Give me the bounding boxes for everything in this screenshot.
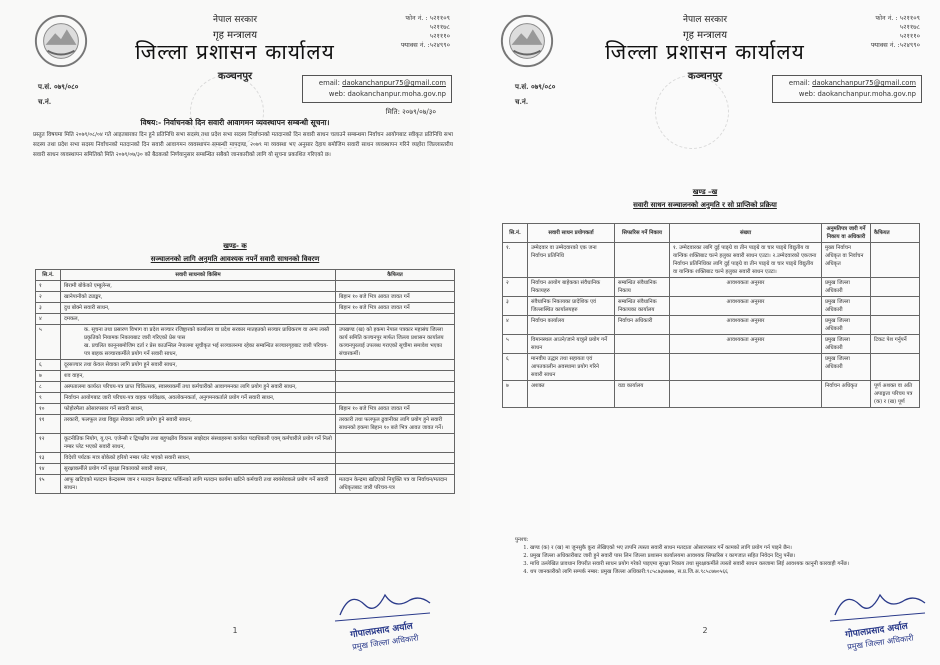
government-name: नेपाल सरकार [0, 12, 470, 25]
table-row: ५क. सूचना तथा प्रसारण विभाग वा प्रदेश सञ… [36, 325, 455, 360]
serial-number-cell: १४ [36, 464, 61, 475]
office-stamp-icon [655, 75, 729, 149]
vehicle-type-cell: विदेशी पर्यटक मात्र बोकेको हरियो नम्बर प… [61, 453, 336, 464]
table-row: १४सुरक्षाकर्मीले प्रयोग गर्ने सुरक्षा नि… [36, 464, 455, 475]
recommending-body-cell [615, 354, 670, 381]
table-row: १५आफू खटिएको मतदान केन्द्रसम्म जान र मतद… [36, 475, 455, 494]
section-b-label: खण्ड –ख [470, 187, 940, 197]
vehicle-type-cell: सुरक्षाकर्मीले प्रयोग गर्ने सुरक्षा निका… [61, 464, 336, 475]
serial-number-cell: ४ [503, 316, 528, 335]
remarks-cell [336, 360, 455, 371]
phone-number: ५२१११० [871, 32, 920, 41]
vehicle-type-cell: कूटनीतिक नियोग, यू.एन. एजेन्सी र द्विपक्… [61, 434, 336, 453]
remarks-cell: उपखण्ड (ख) को हकमा नेपाल पत्रकार महासंघ … [336, 325, 455, 360]
vehicle-type-cell: आफू खटिएको मतदान केन्द्रसम्म जान र मतदान… [61, 475, 336, 494]
serial-number-cell: २ [503, 278, 528, 297]
contact-box: email: daokanchanpur75@gmail.com web: da… [772, 75, 922, 103]
serial-number-cell: ५ [503, 335, 528, 354]
fax-label: फ्याक्स नं. : [401, 41, 430, 49]
vehicle-type-cell: खानेपानीको ट्याङ्कर, [61, 292, 336, 303]
vehicle-type-cell: फोहोरमैला ओसारपसार गर्ने सवारी साधन, [61, 404, 336, 415]
email-label: email: [319, 79, 340, 87]
table-row: १बिरामी बोकेको एम्बुलेन्स, [36, 281, 455, 292]
remarks-cell: तरकारी तथा फलफूल ढुवानीका लागि प्रयोग हु… [336, 415, 455, 434]
count-cell: आवश्यकता अनुसार [670, 335, 822, 354]
recommending-body-cell: सम्बन्धित संवैधानिक निकायका कार्यालय [615, 297, 670, 316]
reference-number: प.सं. ०७९/०८० [515, 82, 555, 92]
count-cell: आवश्यकता अनुसार [670, 297, 822, 316]
remarks-cell: पूर्ण अशक्त वा अति अपाङ्गता परिचय पत्र (… [871, 381, 920, 408]
fax-number: ५२४९९० [430, 41, 450, 49]
notice-date: मिति: २०७९/०७/३० [386, 108, 436, 117]
remarks-cell [336, 382, 455, 393]
remarks-cell: बिहान १० बजे भित्र आवत जावत गर्ने [336, 404, 455, 415]
vehicle-user-cell: अशक्त [528, 381, 615, 408]
vehicle-type-cell: शव वाहन, [61, 371, 336, 382]
vehicle-type-cell: दमकल, [61, 314, 336, 325]
table-row: ११तरकारी, फलफूल तथा विद्युत सेवाका लागि … [36, 415, 455, 434]
count-cell: आवश्यकता अनुसार [670, 316, 822, 335]
recommending-body-cell: सम्बन्धित संवैधानिक निकाय [615, 278, 670, 297]
column-header: अनुमतिपत्र जारी गर्ने निकाय वा अधिकारी [822, 224, 871, 243]
notice-paragraph: प्रस्तुत विषयमा मिति २०७९/०८/०४ गते आइतब… [33, 130, 453, 161]
column-header: सवारी साधनको किसिम [61, 270, 336, 281]
phone-number: ५२११७८ [401, 23, 450, 32]
serial-number-cell: ८ [36, 382, 61, 393]
vehicle-user-cell: निर्वाचन कार्यालय [528, 316, 615, 335]
vehicle-permit-process-table: सि.नं. सवारी साधन प्रयोगकर्ता सिफारिस गर… [502, 223, 920, 408]
column-header: सिफारिस गर्ने निकाय [615, 224, 670, 243]
remarks-cell [336, 393, 455, 404]
table-row: १.उम्मेदवार वा उम्मेदवारको एक जना निर्वा… [503, 243, 920, 278]
phone-number: ५२११७८ [871, 23, 920, 32]
government-name: नेपाल सरकार [470, 12, 940, 25]
remarks-cell [336, 281, 455, 292]
column-header: सि.नं. [36, 270, 61, 281]
reference-number: प.सं. ०७९/०८० [38, 82, 78, 92]
note-item: खण्ड (क) र (ख) मा जुनसुकै कुरा लेखिएको भ… [530, 544, 915, 552]
vehicle-user-cell: संवैधानिक निकायका प्रादेशिक एवं जिल्लास्… [528, 297, 615, 316]
table-row: ७शव वाहन, [36, 371, 455, 382]
remarks-cell: टिकट पेश गर्नुपर्ने [871, 335, 920, 354]
remarks-cell [871, 278, 920, 297]
vehicle-type-cell: बिरामी बोकेको एम्बुलेन्स, [61, 281, 336, 292]
vehicle-type-cell: तरकारी, फलफूल तथा विद्युत सेवाका लागि प्… [61, 415, 336, 434]
serial-number-cell: ७ [36, 371, 61, 382]
column-header: संख्या [670, 224, 822, 243]
serial-number-cell: १ [36, 281, 61, 292]
signature-block: गोपालप्रसाद अर्याल प्रमुख जिल्ला अधिकारी [330, 585, 450, 655]
postscript-notes: पुनश्च: खण्ड (क) र (ख) मा जुनसुकै कुरा ल… [515, 536, 915, 576]
column-header: सवारी साधन प्रयोगकर्ता [528, 224, 615, 243]
vehicle-user-cell: विमानस्थल आउने/जाने यात्रुले प्रयोग गर्न… [528, 335, 615, 354]
table-row: ७अशक्तवडा कार्यालयनिर्वाचन अधिकृतपूर्ण अ… [503, 381, 920, 408]
count-cell: १. उम्मेदवारका लागि दुई पाङ्ग्रे वा तीन … [670, 243, 822, 278]
vehicle-user-cell: निर्वाचन आयोग बाहेकका संवैधानिक निकायहरु [528, 278, 615, 297]
signature-block: गोपालप्रसाद अर्याल प्रमुख जिल्ला अधिकारी [825, 585, 940, 655]
phone-label: फोन नं. : [405, 14, 427, 22]
serial-number-cell: १० [36, 404, 61, 415]
table-row: ९निर्वाचन आयोगबाट जारी परिचय-पत्र वाहक प… [36, 393, 455, 404]
office-name: जिल्ला प्रशासन कार्यालय [470, 38, 940, 66]
table-row: ४निर्वाचन कार्यालयनिर्वाचन अधिकारीआवश्यक… [503, 316, 920, 335]
table-row: ४दमकल, [36, 314, 455, 325]
remarks-cell [336, 314, 455, 325]
serial-number-cell: ६ [503, 354, 528, 381]
office-name: जिल्ला प्रशासन कार्यालय [0, 38, 470, 66]
section-b-title: सवारी साधन सञ्चालनको अनुमति र सो प्राप्त… [470, 200, 940, 210]
count-cell [670, 354, 822, 381]
permit-issuer-cell: प्रमुख जिल्ला अधिकारी [822, 297, 871, 316]
remarks-cell [871, 316, 920, 335]
column-header: कैफियत [336, 270, 455, 281]
vehicle-type-sub-item: ख. प्रचलित कानूनबमोजिम दर्ता र प्रेस काउ… [64, 342, 332, 358]
remarks-cell [871, 354, 920, 381]
table-row: ३दुध बोक्ने सवारी साधन,बिहान १० बजे भित्… [36, 303, 455, 314]
recommending-body-cell: वडा कार्यालय [615, 381, 670, 408]
table-row: १३विदेशी पर्यटक मात्र बोकेको हरियो नम्बर… [36, 453, 455, 464]
recommending-body-cell [615, 335, 670, 354]
table-row: २खानेपानीको ट्याङ्कर,बिहान १० बजे भित्र … [36, 292, 455, 303]
fax-number: ५२४९९० [900, 41, 920, 49]
serial-number-cell: ११ [36, 415, 61, 434]
dispatch-number: च.नं. [38, 97, 51, 107]
email-label: email: [789, 79, 810, 87]
vehicle-user-cell: उम्मेदवार वा उम्मेदवारको एक जना निर्वाचन… [528, 243, 615, 278]
remarks-cell [871, 243, 920, 278]
permit-issuer-cell: प्रमुख जिल्ला अधिकारी [822, 335, 871, 354]
web-link[interactable]: daokanchanpur.moha.gov.np [817, 90, 916, 98]
signature-icon [330, 585, 440, 625]
table-row: ५विमानस्थल आउने/जाने यात्रुले प्रयोग गर्… [503, 335, 920, 354]
permit-issuer-cell: मुख्य निर्वाचन अधिकृत वा निर्वाचन अधिकृत [822, 243, 871, 278]
phone-label: फोन नं. : [875, 14, 897, 22]
serial-number-cell: ५ [36, 325, 61, 360]
serial-number-cell: ३ [36, 303, 61, 314]
signature-icon [825, 585, 935, 625]
serial-number-cell: ४ [36, 314, 61, 325]
serial-number-cell: १५ [36, 475, 61, 494]
phone-number: ५२११०९ [900, 14, 920, 22]
remarks-cell [336, 453, 455, 464]
notice-subject: विषय:- निर्वाचनको दिन सवारी आवागमन व्यवस… [0, 118, 470, 128]
remarks-cell [871, 297, 920, 316]
remarks-cell [336, 434, 455, 453]
permit-issuer-cell: प्रमुख जिल्ला अधिकारी [822, 278, 871, 297]
recommending-body-cell [615, 243, 670, 278]
dispatch-number: च.नं. [515, 97, 528, 107]
phone-number: ५२११०९ [430, 14, 450, 22]
serial-number-cell: ३ [503, 297, 528, 316]
vehicle-type-cell: दूरसञ्चार तथा केवल सेवाका लागि प्रयोग हु… [61, 360, 336, 371]
table-row: ६मानवीय उद्धार तथा सहायता एवं आपतकालीन अ… [503, 354, 920, 381]
vehicle-type-cell: क. सूचना तथा प्रसारण विभाग वा प्रदेश सञ्… [61, 325, 336, 360]
table-row: ८अस्पतालमा कार्यरत परिचय-पत्र प्राप्त चि… [36, 382, 455, 393]
remarks-cell: बिहान १० बजे भित्र आवत जावत गर्ने [336, 292, 455, 303]
document-page-1: नेपाल सरकार गृह मन्त्रालय जिल्ला प्रशासन… [0, 0, 470, 665]
web-link[interactable]: daokanchanpur.moha.gov.np [347, 90, 446, 98]
fax-label: फ्याक्स नं. : [871, 41, 900, 49]
count-cell [670, 381, 822, 408]
serial-number-cell: ७ [503, 381, 528, 408]
table-row: ६दूरसञ्चार तथा केवल सेवाका लागि प्रयोग ह… [36, 360, 455, 371]
phone-block: फोन नं. : ५२११०९ ५२११७८ ५२१११० फ्याक्स न… [401, 14, 450, 50]
vehicles-without-permit-table: सि.नं. सवारी साधनको किसिम कैफियत १बिरामी… [35, 269, 455, 494]
vehicle-user-cell: मानवीय उद्धार तथा सहायता एवं आपतकालीन अव… [528, 354, 615, 381]
phone-number: ५२१११० [401, 32, 450, 41]
web-label: web: [329, 90, 345, 98]
remarks-cell: मतदान केन्द्रमा खटिएको नियुक्ति पत्र वा … [336, 475, 455, 494]
serial-number-cell: २ [36, 292, 61, 303]
serial-number-cell: ९ [36, 393, 61, 404]
remarks-cell [336, 371, 455, 382]
note-item: प्रमुख जिल्ला अधिकारीबाट जारी हुने सवारी… [530, 552, 915, 560]
remarks-cell [336, 464, 455, 475]
email-link[interactable]: daokanchanpur75@gmail.com [812, 79, 916, 87]
table-row: १२कूटनीतिक नियोग, यू.एन. एजेन्सी र द्विप… [36, 434, 455, 453]
permit-issuer-cell: निर्वाचन अधिकृत [822, 381, 871, 408]
vehicle-type-cell: अस्पतालमा कार्यरत परिचय-पत्र प्राप्त चिक… [61, 382, 336, 393]
vehicle-type-cell: निर्वाचन आयोगबाट जारी परिचय-पत्र वाहक पर… [61, 393, 336, 404]
remarks-cell: बिहान १० बजे भित्र आवत जावत गर्ने [336, 303, 455, 314]
contact-box: email: daokanchanpur75@gmail.com web: da… [302, 75, 452, 103]
notes-label: पुनश्च: [515, 536, 915, 544]
note-item: थप जानकारीको लागि सम्पर्क नम्बर: प्रमुख … [530, 568, 915, 576]
permit-issuer-cell: प्रमुख जिल्ला अधिकारी [822, 354, 871, 381]
phone-block: फोन नं. : ५२११०९ ५२११७८ ५२१११० फ्याक्स न… [871, 14, 920, 50]
document-page-2: नेपाल सरकार गृह मन्त्रालय जिल्ला प्रशासन… [470, 0, 940, 665]
section-a-title: सञ्चालनको लागि अनुमति आवश्यक नपर्ने सवार… [0, 254, 470, 264]
serial-number-cell: १२ [36, 434, 61, 453]
serial-number-cell: १. [503, 243, 528, 278]
count-cell: आवश्यकता अनुसार [670, 278, 822, 297]
table-row: १०फोहोरमैला ओसारपसार गर्ने सवारी साधन,बि… [36, 404, 455, 415]
note-item: माथि उल्लेखित प्रावधान विपरीत सवारी साधन… [530, 560, 915, 568]
table-row: ३संवैधानिक निकायका प्रादेशिक एवं जिल्लास… [503, 297, 920, 316]
recommending-body-cell: निर्वाचन अधिकारी [615, 316, 670, 335]
notes-list: खण्ड (क) र (ख) मा जुनसुकै कुरा लेखिएको भ… [515, 544, 915, 576]
vehicle-type-sub-item: क. सूचना तथा प्रसारण विभाग वा प्रदेश सञ्… [64, 326, 332, 342]
permit-issuer-cell: प्रमुख जिल्ला अधिकारी [822, 316, 871, 335]
column-header: कैफियत [871, 224, 920, 243]
column-header: सि.नं. [503, 224, 528, 243]
vehicle-type-cell: दुध बोक्ने सवारी साधन, [61, 303, 336, 314]
email-link[interactable]: daokanchanpur75@gmail.com [342, 79, 446, 87]
table-row: २निर्वाचन आयोग बाहेकका संवैधानिक निकायहर… [503, 278, 920, 297]
serial-number-cell: १३ [36, 453, 61, 464]
section-a-label: खण्ड- क [0, 241, 470, 251]
serial-number-cell: ६ [36, 360, 61, 371]
web-label: web: [799, 90, 815, 98]
